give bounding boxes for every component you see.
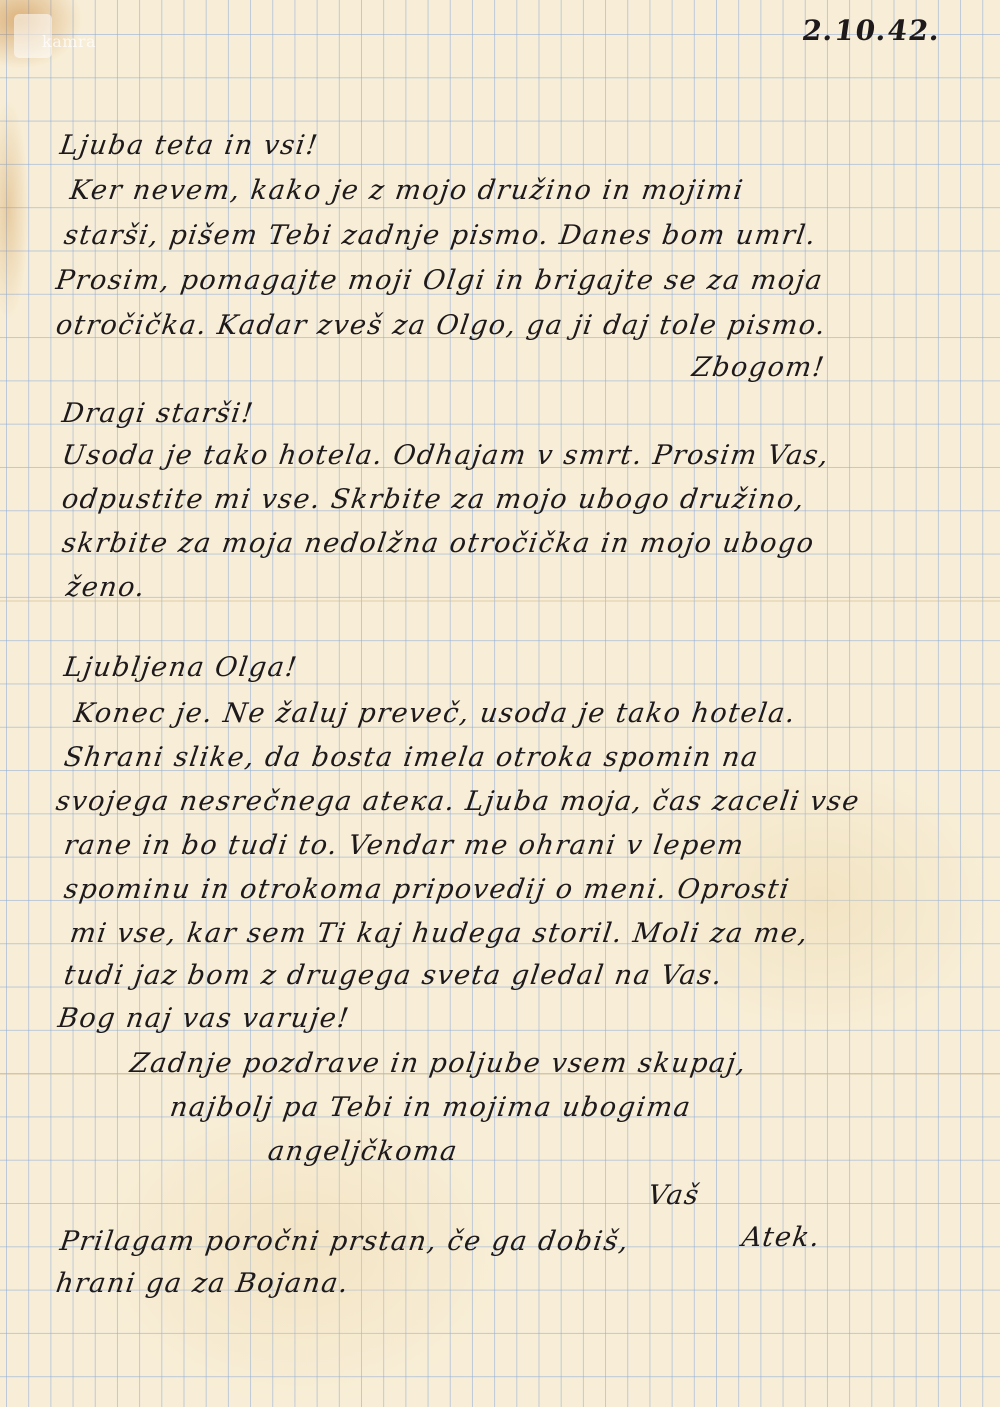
- letter-line: starši, pišem Tebi zadnje pismo. Danes b…: [62, 220, 819, 251]
- letter-date: 2.10.42.: [800, 14, 943, 47]
- letter-line: Shrani slike, da bosta imela otroka spom…: [62, 742, 761, 773]
- signature-name: Atek.: [740, 1222, 823, 1253]
- closing-farewell: Zbogom!: [690, 352, 827, 383]
- watermark-text: kamra: [42, 32, 96, 51]
- final-greeting-line: Zadnje pozdrave in poljube vsem skupaj,: [128, 1048, 749, 1079]
- letter-line: tudi jaz bom z drugega sveta gledal na V…: [62, 960, 725, 991]
- kamra-watermark: kamra: [12, 14, 108, 60]
- final-greeting-line: angeljčkoma: [266, 1136, 460, 1167]
- letter-line: Konec je. Ne žaluj preveč, usoda je tako…: [72, 698, 798, 729]
- letter-line: mi vse, kar sem Ti kaj hudega storil. Mo…: [68, 918, 811, 949]
- letter-line: rane in bo tudi to. Vendar me ohrani v l…: [62, 830, 747, 861]
- letter-line: ženo.: [64, 572, 148, 603]
- postscript-line: Prilagam poročni prstan, če ga dobiš,: [58, 1226, 631, 1257]
- signature-prefix: Vaš: [646, 1180, 702, 1211]
- letter-line: Bog naj vas varuje!: [56, 1003, 352, 1034]
- postscript-line: hrani ga za Bojana.: [54, 1268, 351, 1299]
- salutation-olga: Ljubljena Olga!: [62, 652, 300, 683]
- final-greeting-line: najbolj pa Tebi in mojima ubogima: [168, 1092, 694, 1123]
- letter-line: svojega nesrečnega atека. Ljuba moja, ča…: [54, 786, 862, 817]
- letter-line: Ker nevem, kako je z mojo družino in moj…: [68, 175, 746, 206]
- letter-line: otročička. Kadar zveš za Olgo, ga ji daj…: [54, 310, 828, 341]
- salutation-aunt: Ljuba teta in vsi!: [58, 130, 321, 161]
- letter-line: odpustite mi vse. Skrbite za mojo ubogo …: [60, 484, 807, 515]
- letter-line: Usoda je tako hotela. Odhajam v smrt. Pr…: [60, 440, 831, 471]
- letter-line: Prosim, pomagajte moji Olgi in brigajte …: [54, 265, 825, 296]
- fold-crease: [0, 600, 1000, 602]
- letter-line: spominu in otrokoma pripovedij o meni. O…: [62, 874, 792, 905]
- letter-line: skrbite za moja nedolžna otročička in mo…: [60, 528, 817, 559]
- salutation-parents: Dragi starši!: [60, 398, 256, 429]
